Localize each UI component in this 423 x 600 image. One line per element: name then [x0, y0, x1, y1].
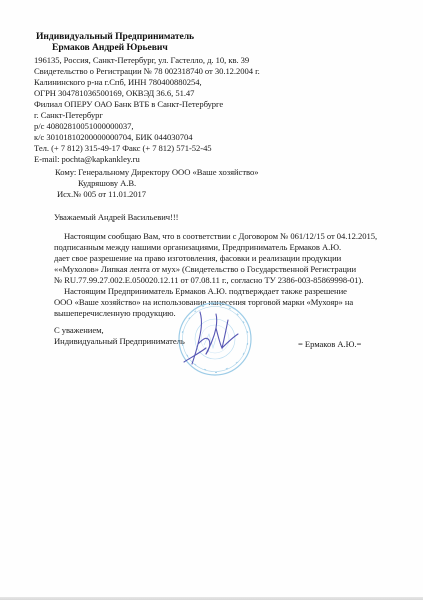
letterhead-city: г. Санкт-Петербург — [34, 110, 103, 120]
letterhead-corr-account: к/с 30101810200000000704, БИК 044030704 — [34, 132, 193, 142]
paragraph1-line1: Настоящим сообщаю Вам, что в соответстви… — [64, 231, 377, 241]
paragraph1-line4: ««Мухолов» Липкая лента от мух» (Свидете… — [54, 264, 356, 274]
closing-signature-name: = Ермаков А.Ю.= — [298, 339, 361, 349]
letterhead-email: E-mail: pochta@kapkankley.ru — [34, 154, 140, 164]
letterhead-name: Ермаков Андрей Юрьевич — [52, 43, 168, 53]
addressee-to: Кому: Генеральному Директору ООО «Ваше х… — [55, 167, 258, 177]
letterhead-registration: Свидетельство о Регистрации № 78 0023187… — [34, 66, 260, 76]
letterhead-title: Индивидуальный Предприниматель — [36, 32, 194, 42]
letterhead-inn: Калининского р-на г.Спб, ИНН 78040088025… — [34, 77, 202, 87]
paragraph2-line1: Настоящим Предприниматель Ермаков А.Ю. п… — [64, 286, 347, 296]
stamp-seal-icon — [176, 300, 254, 378]
letterhead-ogrn: ОГРН 304781036500169, ОКВЭД 36.6, 51.47 — [34, 88, 194, 98]
paragraph1-line3: дает свое разрешение на право изготовлен… — [54, 253, 341, 263]
addressee-person: Кудряшову А.В. — [78, 178, 136, 188]
letterhead-bank: Филиал ОПЕРУ ОАО Банк ВТБ в Санкт-Петерб… — [34, 99, 223, 109]
closing-position: Индивидуальный Предприниматель — [54, 336, 185, 346]
closing-regards: С уважением, — [54, 325, 104, 335]
letterhead-address: 196135, Россия, Санкт-Петербург, ул. Гас… — [34, 55, 249, 65]
outgoing-number: Исх.№ 005 от 11.01.2017 — [57, 189, 146, 199]
paragraph2-line3: вышеперечисленную продукцию. — [54, 308, 176, 318]
paragraph1-line5: № RU.77.99.27.002.E.050020.12.11 от 07.0… — [54, 275, 363, 285]
letterhead-account: р/с 40802810051000000037, — [34, 121, 133, 131]
letterhead-phones: Тел. (+ 7 812) 315-49-17 Факс (+ 7 812) … — [34, 143, 212, 153]
paragraph1-line2: подписанным между нашими организациями, … — [54, 242, 341, 252]
greeting: Уважаемый Андрей Васильевич!!! — [54, 212, 178, 222]
document-page: Индивидуальный Предприниматель Ермаков А… — [0, 0, 423, 600]
